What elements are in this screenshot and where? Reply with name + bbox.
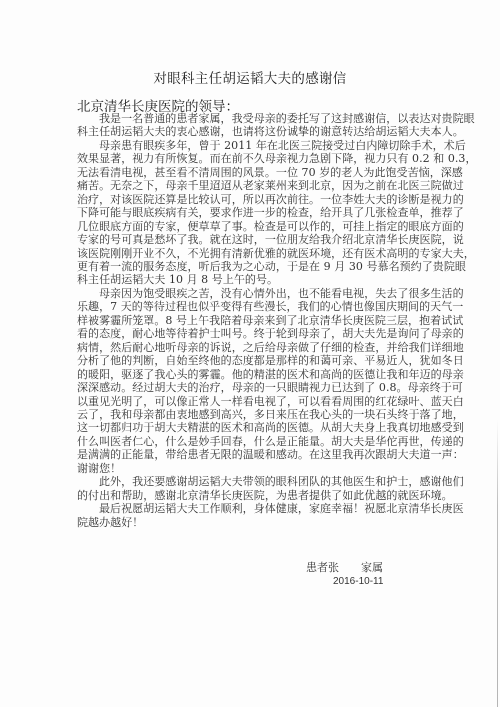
paragraph-line: 更有着一流的服务态度，听后我为之心动，于是在 9 月 30 号慕名预约了贵院眼	[77, 260, 425, 273]
paragraph-line: 乐趣，7 天的等待过程也似乎变得有些漫长，我们的心情也像国庆期间的天气一	[77, 300, 425, 313]
paragraph-line: 分析了他的判断，自始至终他的态度都是那样的和蔼可亲、平易近人，犹如冬日	[77, 354, 425, 367]
paragraph-line: 什么叫医者仁心，什么是妙手回春，什么是正能量。胡大夫是华佗再世，传递的	[77, 435, 425, 448]
letter-paragraph: 母亲因为饱受眼疾之苦，没有心情外出，也不能看电视，失去了很多生活的乐趣，7 天的…	[77, 287, 425, 475]
letter-paragraph: 此外，我还要感谢胡运韬大夫带领的眼科团队的其他医生和护士，感谢他们的付出和帮助，…	[77, 475, 425, 502]
letter-paragraph: 我是一名普通的患者家属，我受母亲的委托写了这封感谢信，以表达对贵院眼科主任胡运韬…	[77, 112, 425, 139]
paragraph-line: 几位眼底方面的专家，便草草了事。检查是可以作的，可挂上指定的眼底方面的	[77, 220, 425, 233]
paragraph-line: 是满满的正能量，带给患者无限的温暖和感动。在这里我再次跟胡大夫道一声：	[77, 448, 425, 461]
paragraph-line: 母亲患有眼疾多年，曾于 2011 年在北医三院接受过白内障切除手术，术后	[77, 139, 425, 152]
paragraph-line: 样被雾霾所笼罩。8 号上午我陪着母亲来到了北京清华长庚医院三层，抱着试试	[77, 314, 425, 327]
paragraph-line: 该医院刚刚开业不久，不光拥有清新优雅的就医环境，还有医术高明的专家大夫，	[77, 247, 425, 260]
letter-page: 对眼科主任胡运韬大夫的感谢信 北京清华长庚医院的领导： 我是一名普通的患者家属，…	[0, 0, 500, 707]
paragraph-line: 专家的号可真是愁坏了我。就在这时，一位朋友给我介绍北京清华长庚医院，说	[77, 233, 425, 246]
paragraph-line: 效果显著，视力有所恢复。而在前不久母亲视力急剧下降，视力只有 0.2 和 0.3…	[77, 152, 425, 165]
paragraph-line: 最后祝愿胡运韬大夫工作顺利，身体健康，家庭幸福！祝愿北京清华长庚医	[77, 502, 425, 515]
paragraph-line: 痛苦。无奈之下，母亲千里迢迢从老家莱州来到北京，因为之前在北医三院做过	[77, 179, 425, 192]
paragraph-line: 谢谢您！	[77, 462, 425, 475]
paragraph-line: 我是一名普通的患者家属，我受母亲的委托写了这封感谢信，以表达对贵院眼	[77, 112, 425, 125]
paragraph-line: 看的态度，耐心地等待着护士叫号。终于轮到母亲了，胡大夫先是询问了母亲的	[77, 327, 425, 340]
paragraph-line: 病情，然后耐心地听母亲的诉说，之后给母亲做了仔细的检查，并给我们详细地	[77, 341, 425, 354]
paragraph-line: 科主任胡运韬大夫 10 月 8 号上午的号。	[77, 273, 425, 286]
scan-edge-line	[497, 420, 498, 707]
paragraph-line: 母亲因为饱受眼疾之苦，没有心情外出，也不能看电视，失去了很多生活的	[77, 287, 425, 300]
paragraph-line: 无法看清电视，甚至看不清周围的风景。一位 70 岁的老人为此饱受苦恼，深感	[77, 166, 425, 179]
paragraph-line: 云了，我和母亲都由衷地感到高兴，多日来压在我心头的一块石头终于落了地，	[77, 408, 425, 421]
paragraph-line: 的暖阳，驱逐了我心头的雾霾。他的精湛的医术和高尚的医德让我和年迈的母亲	[77, 368, 425, 381]
letter-paragraph: 最后祝愿胡运韬大夫工作顺利，身体健康，家庭幸福！祝愿北京清华长庚医院越办越好！	[77, 502, 425, 529]
letter-signature: 患者张 家属	[306, 559, 383, 575]
paragraph-line: 下降可能与眼底疾病有关，要求作进一步的检查，给开具了几张检查单，推荐了	[77, 206, 425, 219]
paragraph-line: 治疗，对该医院还算是比较认可，所以再次前往。一位李姓大夫的诊断是视力的	[77, 193, 425, 206]
paragraph-line: 这一切都归功于胡大夫精湛的医术和高尚的医德。从胡大夫身上我真切地感受到	[77, 421, 425, 434]
letter-paragraph: 母亲患有眼疾多年，曾于 2011 年在北医三院接受过白内障切除手术，术后效果显著…	[77, 139, 425, 287]
paragraph-line: 深深感动。经过胡大夫的治疗，母亲的一只眼睛视力已达到了 0.8。母亲终于可	[77, 381, 425, 394]
paragraph-line: 以重见光明了，可以像正常人一样看电视了，可以看看周围的红花绿叶、蓝天白	[77, 395, 425, 408]
paragraph-line: 的付出和帮助，感谢北京清华长庚医院，为患者提供了如此优越的就医环境。	[77, 489, 425, 502]
paragraph-line: 此外，我还要感谢胡运韬大夫带领的眼科团队的其他医生和护士，感谢他们	[77, 475, 425, 488]
letter-title: 对眼科主任胡运韬大夫的感谢信	[0, 67, 500, 87]
letter-body: 我是一名普通的患者家属，我受母亲的委托写了这封感谢信，以表达对贵院眼科主任胡运韬…	[77, 112, 425, 529]
paragraph-line: 科主任胡运韬大夫的衷心感谢，也请将这份诚挚的谢意转达给胡运韬大夫本人。	[77, 125, 425, 138]
letter-date: 2016-10-11	[333, 576, 383, 587]
paragraph-line: 院越办越好！	[77, 516, 425, 529]
